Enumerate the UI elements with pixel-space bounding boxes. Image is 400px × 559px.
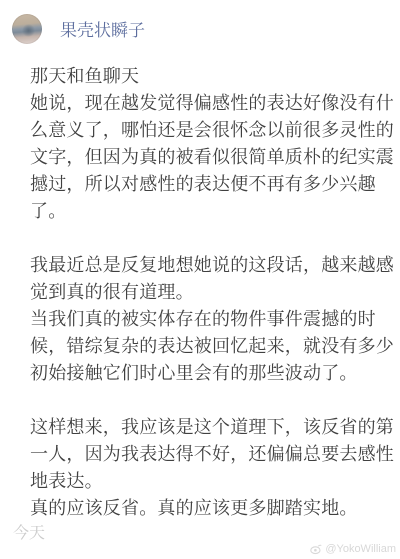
post-text-line: 我最近总是反复地想她说的这段话，越来越感 bbox=[30, 252, 392, 279]
post-text-line: 她说，现在越发觉得偏感性的表达好像没有什 bbox=[30, 90, 392, 117]
avatar[interactable] bbox=[12, 14, 42, 44]
post-text-line: 文字，但因为真的被看似很简单质朴的纪实震 bbox=[30, 144, 392, 171]
post-text-line: 觉到真的很有道理。 bbox=[30, 279, 392, 306]
timestamp: 今天 bbox=[13, 524, 45, 544]
weibo-logo-icon bbox=[310, 543, 322, 555]
post-text-line: 了。 bbox=[30, 198, 392, 225]
post-body-text: 那天和鱼聊天她说，现在越发觉得偏感性的表达好像没有什么意义了，哪怕还是会很怀念以… bbox=[30, 63, 392, 522]
post-text-line bbox=[30, 225, 392, 252]
post-text-line: 撼过，所以对感性的表达便不再有多少兴趣 bbox=[30, 171, 392, 198]
post-text-line: 一人，因为我表达得不好，还偏偏总要去感性 bbox=[30, 441, 392, 468]
post-text-line: 那天和鱼聊天 bbox=[30, 63, 392, 90]
watermark: @YokoWilliam bbox=[310, 543, 396, 555]
post-text-line: 地表达。 bbox=[30, 468, 392, 495]
watermark-handle: @YokoWilliam bbox=[325, 543, 396, 555]
weibo-post-screenshot: 果壳状瞬子 那天和鱼聊天她说，现在越发觉得偏感性的表达好像没有什么意义了，哪怕还… bbox=[0, 0, 400, 559]
post-text-line: 候，错综复杂的表达被回忆起来，就没有多少 bbox=[30, 333, 392, 360]
post-text-line bbox=[30, 387, 392, 414]
post-text-line: 初始接触它们时心里会有的那些波动了。 bbox=[30, 360, 392, 387]
post-text-line: 么意义了，哪怕还是会很怀念以前很多灵性的 bbox=[30, 117, 392, 144]
post-text-line: 这样想来，我应该是这个道理下，该反省的第 bbox=[30, 414, 392, 441]
post-text-line: 当我们真的被实体存在的物件事件震撼的时 bbox=[30, 306, 392, 333]
username-link[interactable]: 果壳状瞬子 bbox=[60, 21, 145, 41]
post-text-line: 真的应该反省。真的应该更多脚踏实地。 bbox=[30, 495, 392, 522]
post-header: 果壳状瞬子 bbox=[0, 0, 400, 56]
